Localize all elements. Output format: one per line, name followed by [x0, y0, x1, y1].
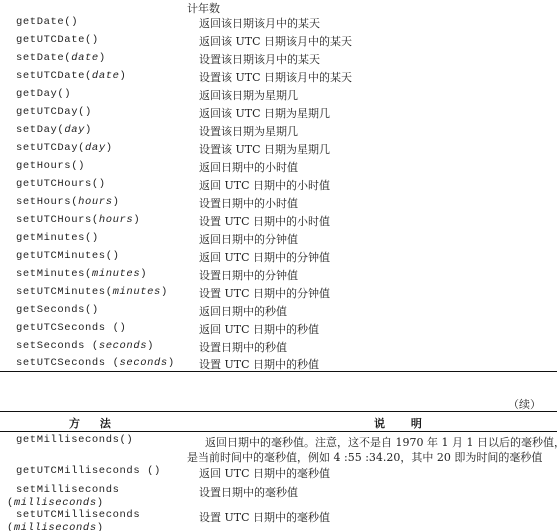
method-description: 设置 UTC 日期中的毫秒值 [199, 509, 330, 525]
table-row: getUTCHours() 返回 UTC 日期中的小时值 [0, 176, 557, 194]
method-name: setUTCDate(date) [16, 70, 126, 82]
method-description: 返回 UTC 日期中的秒值 [199, 321, 319, 337]
method-description: 设置日期中的秒值 [199, 339, 287, 355]
table-row: setUTCDate(date) 设置该 UTC 日期该月中的某天 [0, 68, 557, 86]
method-description: 设置该 UTC 日期该月中的某天 [199, 69, 352, 85]
method-description: 设置日期中的小时值 [199, 195, 298, 211]
table-row: getHours() 返回日期中的小时值 [0, 158, 557, 176]
table-top-rule [0, 411, 557, 412]
table-row: setMinutes(minutes) 设置日期中的分钟值 [0, 266, 557, 284]
method-name: getUTCDate() [16, 34, 99, 46]
table-row: setSeconds (seconds) 设置日期中的秒值 [0, 338, 557, 356]
method-description: 设置 UTC 日期中的小时值 [199, 213, 330, 229]
param: minutes [92, 268, 140, 280]
table-row: setDay(day) 设置该日期为星期几 [0, 122, 557, 140]
method-description: 返回日期中的分钟值 [199, 231, 298, 247]
method-description: 设置 UTC 日期中的秒值 [199, 356, 319, 372]
method-description: 返回日期中的秒值 [199, 303, 287, 319]
method-name: getUTCSeconds () [16, 322, 126, 334]
table-row: getSeconds() 返回日期中的秒值 [0, 302, 557, 320]
param: minutes [113, 286, 161, 298]
method-name: getMinutes() [16, 232, 99, 244]
table-row: getUTCMinutes() 返回 UTC 日期中的分钟值 [0, 248, 557, 266]
method-name: setMilliseconds [16, 484, 120, 496]
continued-label: （续） [508, 396, 541, 412]
header-rule [0, 431, 557, 432]
method-description: 设置该日期为星期几 [199, 123, 298, 139]
method-description: 设置 UTC 日期中的分钟值 [199, 285, 330, 301]
method-name: getMilliseconds() [16, 434, 133, 446]
method-description: 设置该日期该月中的某天 [199, 51, 320, 67]
method-name: getUTCDay() [16, 106, 92, 118]
method-description: 返回 UTC 日期中的分钟值 [199, 249, 330, 265]
method-param: (milliseconds) [7, 522, 104, 531]
table-row: getDay() 返回该日期为星期几 [0, 86, 557, 104]
method-description: 设置日期中的分钟值 [199, 267, 298, 283]
method-name: setUTCDay(day) [16, 142, 113, 154]
table-row: setUTCMinutes(minutes) 设置 UTC 日期中的分钟值 [0, 284, 557, 302]
param: day [85, 142, 106, 154]
table-row: getMinutes() 返回日期中的分钟值 [0, 230, 557, 248]
method-name: getHours() [16, 160, 85, 172]
method-name: setMinutes(minutes) [16, 268, 147, 280]
table-row: getDate() 返回该日期该月中的某天 [0, 14, 557, 32]
method-name: getDay() [16, 88, 71, 100]
column-header-method: 方 法 [69, 415, 111, 431]
table-row: setHours(hours) 设置日期中的小时值 [0, 194, 557, 212]
method-description: 返回 UTC 日期中的毫秒值 [199, 465, 330, 481]
method-name: setUTCMilliseconds [16, 509, 140, 521]
method-name: getUTCHours() [16, 178, 106, 190]
param: day [64, 124, 85, 136]
method-description-line1: 返回日期中的毫秒值。注意，这不是自 1970 年 1 月 1 日以后的毫秒值，而 [205, 434, 557, 450]
table-bottom-rule [0, 371, 557, 372]
method-name: setDate(date) [16, 52, 106, 64]
table-row: getUTCSeconds () 返回 UTC 日期中的秒值 [0, 320, 557, 338]
method-name: setUTCMinutes(minutes) [16, 286, 168, 298]
method-param: (milliseconds) [7, 497, 104, 509]
method-name: setHours(hours) [16, 196, 120, 208]
column-header-description: 说 明 [374, 415, 422, 431]
param: date [71, 52, 99, 64]
param: seconds [120, 357, 168, 369]
method-name: setUTCHours(hours) [16, 214, 140, 226]
table-row: setUTCHours(hours) 设置 UTC 日期中的小时值 [0, 212, 557, 230]
table-row: getUTCDate() 返回该 UTC 日期该月中的某天 [0, 32, 557, 50]
table-row: setUTCDay(day) 设置该 UTC 日期为星期几 [0, 140, 557, 158]
method-description: 设置该 UTC 日期为星期几 [199, 141, 330, 157]
method-description: 返回该 UTC 日期为星期几 [199, 105, 330, 121]
param: hours [99, 214, 134, 226]
param: date [92, 70, 120, 82]
table-row: getUTCDay() 返回该 UTC 日期为星期几 [0, 104, 557, 122]
table-row: setDate(date) 设置该日期该月中的某天 [0, 50, 557, 68]
method-name: getSeconds() [16, 304, 99, 316]
param: hours [78, 196, 113, 208]
method-name: setSeconds (seconds) [16, 340, 154, 352]
method-description-line2: 是当前时间中的毫秒值，例如 4 :55 :34.20，其中 20 即为时间的毫秒… [187, 449, 542, 465]
method-description: 设置日期中的毫秒值 [199, 484, 298, 500]
method-name: getDate() [16, 16, 78, 28]
method-description: 返回该日期该月中的某天 [199, 15, 320, 31]
param: seconds [99, 340, 147, 352]
method-name: getUTCMilliseconds () [16, 465, 161, 477]
method-description: 返回该 UTC 日期该月中的某天 [199, 33, 352, 49]
method-name: setDay(day) [16, 124, 92, 136]
method-description: 返回日期中的小时值 [199, 159, 298, 175]
method-description: 返回该日期为星期几 [199, 87, 298, 103]
method-name: getUTCMinutes() [16, 250, 120, 262]
method-name: setUTCSeconds (seconds) [16, 357, 175, 369]
method-description: 返回 UTC 日期中的小时值 [199, 177, 330, 193]
